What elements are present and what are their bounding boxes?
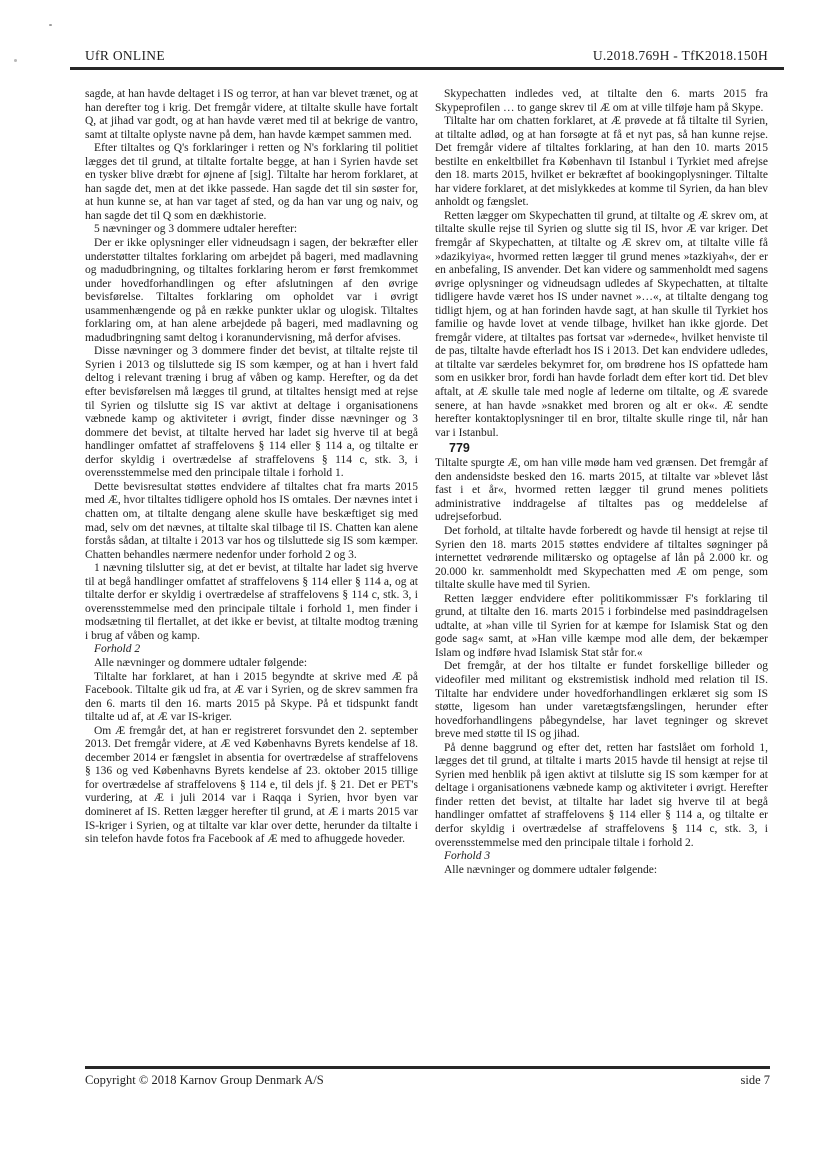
header-publication-title: UfR ONLINE — [85, 48, 165, 64]
paragraph: Skypechatten indledes ved, at tiltalte d… — [435, 88, 768, 115]
ufr-page-number-marker: 779 — [435, 440, 768, 457]
paragraph: Det forhold, at tiltalte havde forberedt… — [435, 525, 768, 593]
paragraph: 1 nævning tilslutter sig, at det er bevi… — [85, 562, 418, 643]
paragraph: Forhold 2 — [85, 643, 418, 657]
paragraph: Disse nævninger og 3 dommere finder det … — [85, 345, 418, 480]
scan-artifact-dot — [14, 59, 17, 62]
paragraph: 5 nævninger og 3 dommere udtaler herefte… — [85, 223, 418, 237]
paragraph: Retten lægger endvidere efter politikomm… — [435, 593, 768, 661]
paragraph: Om Æ fremgår det, at han er registreret … — [85, 725, 418, 847]
paragraph: Alle nævninger og dommere udtaler følgen… — [85, 657, 418, 671]
footer-page-number: side 7 — [740, 1073, 770, 1088]
paragraph: Det fremgår, at der hos tiltalte er fund… — [435, 660, 768, 741]
paragraph: Tiltalte spurgte Æ, om han ville møde ha… — [435, 457, 768, 525]
right-column: Skypechatten indledes ved, at tiltalte d… — [435, 88, 768, 877]
paragraph: Alle nævninger og dommere udtaler følgen… — [435, 864, 768, 878]
paragraph: sagde, at han havde deltaget i IS og ter… — [85, 88, 418, 142]
page-header: UfR ONLINE U.2018.769H - TfK2018.150H — [85, 48, 768, 64]
paragraph: Dette bevisresultat støttes endvidere af… — [85, 481, 418, 562]
paragraph: Efter tiltaltes og Q's forklaringer i re… — [85, 142, 418, 223]
document-page: UfR ONLINE U.2018.769H - TfK2018.150H sa… — [0, 0, 828, 1169]
header-rule — [70, 67, 784, 70]
paragraph: Tiltalte har om chatten forklaret, at Æ … — [435, 115, 768, 210]
paragraph: Tiltalte har forklaret, at han i 2015 be… — [85, 671, 418, 725]
text-columns: sagde, at han havde deltaget i IS og ter… — [85, 88, 768, 877]
footer-copyright: Copyright © 2018 Karnov Group Denmark A/… — [85, 1073, 324, 1088]
paragraph: Retten lægger om Skypechatten til grund,… — [435, 210, 768, 440]
page-footer: Copyright © 2018 Karnov Group Denmark A/… — [85, 1066, 770, 1088]
paragraph: Forhold 3 — [435, 850, 768, 864]
paragraph: På denne baggrund og efter det, retten h… — [435, 742, 768, 850]
scan-artifact-dot — [49, 24, 52, 26]
header-case-reference: U.2018.769H - TfK2018.150H — [593, 48, 768, 64]
left-column: sagde, at han havde deltaget i IS og ter… — [85, 88, 418, 877]
paragraph: Der er ikke oplysninger eller vidneudsag… — [85, 237, 418, 345]
